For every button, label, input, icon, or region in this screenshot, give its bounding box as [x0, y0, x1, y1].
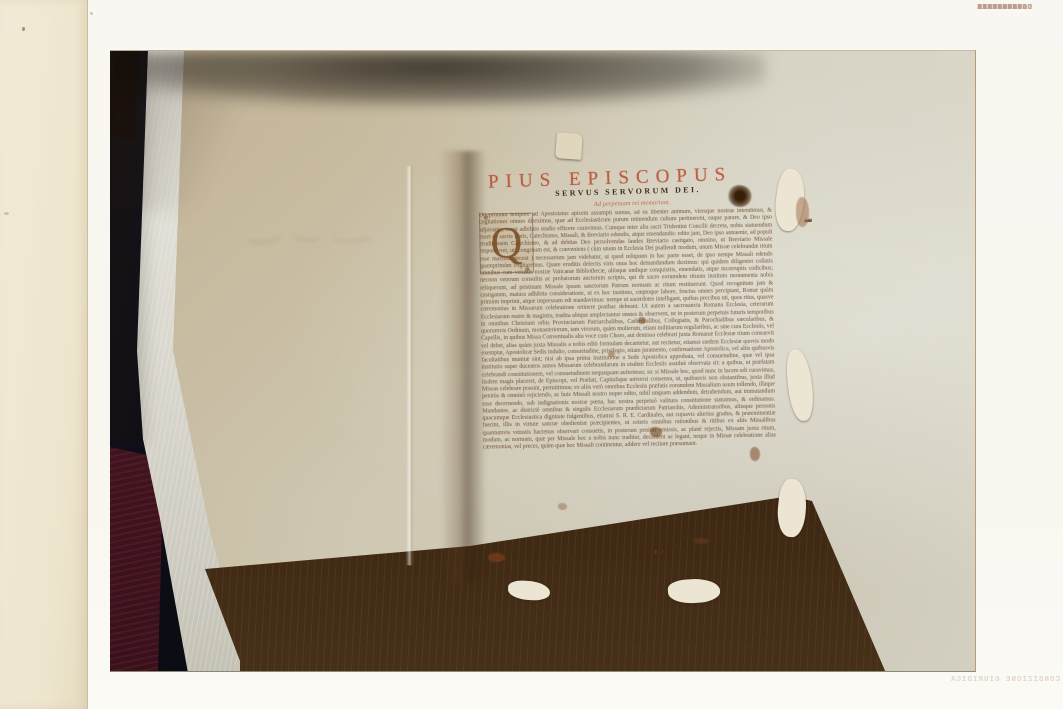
paper-tab	[555, 132, 583, 160]
torn-page-flap	[667, 577, 721, 605]
page-edge-fragments: tali-perhac&quine-rumtasitde	[786, 219, 812, 549]
body-text-content: Uo primùm tempore ad Apostolatus apicem …	[479, 207, 776, 451]
scanned-album-page: PIUS EPISCOPUS SERVUS SERVORUM DEI. Ad p…	[0, 0, 1063, 709]
page-stain	[694, 538, 709, 544]
dust-speck	[90, 12, 93, 15]
page-stain	[558, 503, 567, 510]
photo-print: PIUS EPISCOPUS SERVUS SERVORUM DEI. Ad p…	[110, 50, 976, 672]
book: PIUS EPISCOPUS SERVUS SERVORUM DEI. Ad p…	[110, 51, 975, 671]
body-text: ❦ Q ❦ Uo primùm tempore ad Apostolatus a…	[479, 207, 778, 570]
dedication-line: Ad perpetuam rei memoriam.	[562, 198, 702, 208]
dust-speck	[22, 27, 25, 31]
page-stain	[796, 197, 809, 227]
page-stain	[638, 317, 646, 324]
ghost-text-line: COMPILATORE	[977, 4, 1032, 13]
signature-mark: ✶ 2	[653, 548, 663, 556]
page-stain	[750, 447, 760, 461]
ink-blot-stain	[728, 185, 752, 207]
ghost-text-bottom: CONDIZIONE GIURIDICA	[856, 676, 1060, 684]
album-page-edge	[0, 0, 88, 709]
torn-page-flap	[508, 580, 551, 601]
ghost-text-column: CONCILIO ETCARTE A RILDATA CORRENSCHEDA …	[977, 4, 1061, 704]
page-stain	[650, 427, 662, 437]
dust-speck	[4, 212, 9, 215]
page-stain	[608, 351, 615, 357]
page-stain	[488, 553, 505, 562]
ghost-handwriting	[238, 221, 388, 251]
